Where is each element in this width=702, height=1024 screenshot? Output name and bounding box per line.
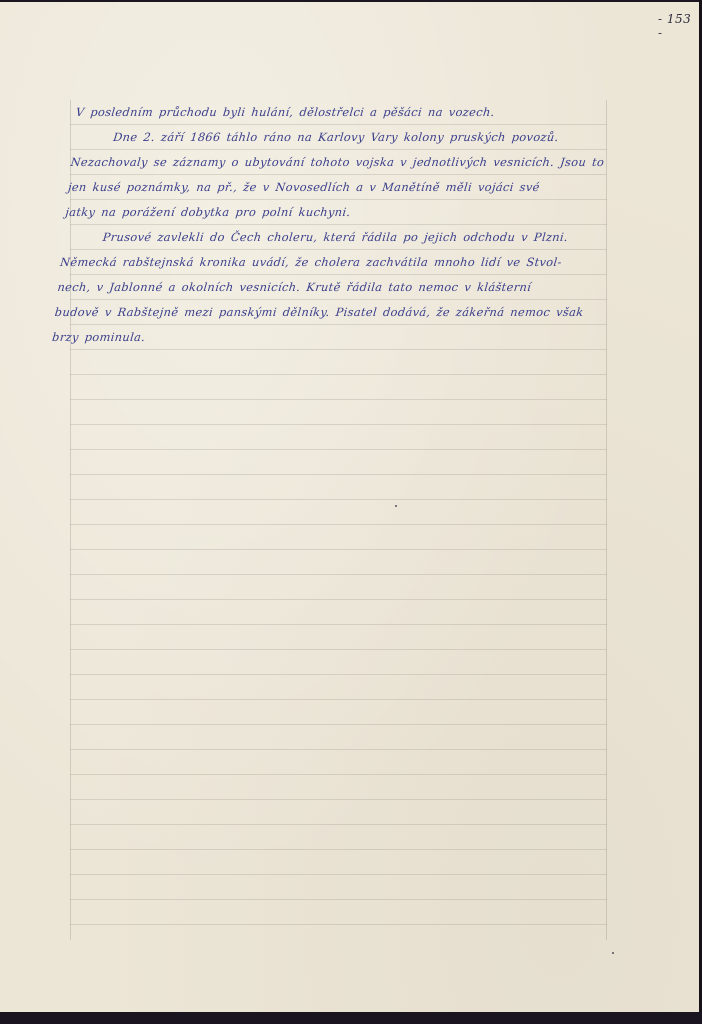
paper-speck (612, 952, 614, 954)
text-line: Německá rabštejnská kronika uvádí, že ch… (59, 250, 622, 275)
text-line: jen kusé poznámky, na př., že v Novosedl… (67, 175, 630, 200)
paper-speck (395, 505, 397, 507)
text-line: Prusové zavlekli do Čech choleru, která … (61, 225, 624, 250)
text-line: nech, v Jablonné a okolních vesnicích. K… (56, 275, 619, 300)
text-line: Dne 2. září 1866 táhlo ráno na Karlovy V… (72, 125, 635, 150)
page-number: - 153 - (658, 12, 699, 40)
scan-border-bottom (0, 1012, 702, 1024)
text-line: V posledním průchodu byli hulání, dělost… (75, 100, 638, 125)
text-line: brzy pominula. (51, 325, 614, 350)
document-page: - 153 - V posledním průchodu byli hulání… (0, 2, 699, 1012)
text-line: jatky na porážení dobytka pro polní kuch… (64, 200, 627, 225)
text-line: Nezachovaly se záznamy o ubytování tohot… (69, 150, 632, 175)
handwritten-text: V posledním průchodu byli hulání, dělost… (51, 100, 637, 350)
text-line: budově v Rabštejně mezi panskými dělníky… (53, 300, 616, 325)
